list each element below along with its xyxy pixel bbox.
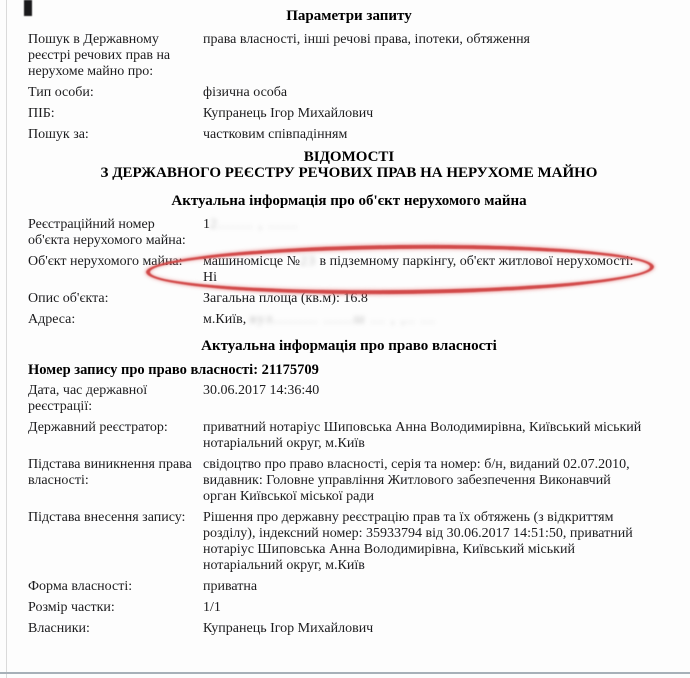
object-row-reg-number: Реєстраційний номер об'єкта нерухомого м… [28, 217, 670, 249]
ownership-row-origin-basis: Підстава виникнення права власності: сві… [28, 457, 670, 505]
field-value: приватна [203, 579, 643, 595]
field-value: 30.06.2017 14:36:40 [203, 383, 643, 415]
field-value: Купранець Ігор Михайлович [203, 106, 643, 122]
ownership-row-ownership-form: Форма власності: приватна [28, 579, 670, 595]
ownership-row-share-size: Розмір частки: 1/1 [28, 600, 670, 616]
field-value: машиномісце №23 в підземному паркінгу, о… [203, 254, 643, 286]
reg-number-redacted: 2....... , ...... [210, 217, 299, 232]
main-heading-line2: З ДЕРЖАВНОГО РЕЄСТРУ РЕЧОВИХ ПРАВ НА НЕР… [28, 165, 670, 181]
property-number-redacted: 23 [300, 254, 316, 269]
object-row-address: Адреса: м.Київ, вул......... ......ш ...… [28, 312, 670, 328]
main-heading: ВІДОМОСТІ З ДЕРЖАВНОГО РЕЄСТРУ РЕЧОВИХ П… [28, 149, 670, 181]
field-value: фізична особа [203, 85, 643, 101]
field-label: Адреса: [28, 312, 196, 328]
main-heading-line1: ВІДОМОСТІ [28, 149, 670, 165]
query-params-title: Параметри запиту [28, 8, 670, 24]
field-label: Тип особи: [28, 85, 196, 101]
field-label: Підстава виникнення права власності: [28, 457, 196, 505]
field-label: ПІБ: [28, 106, 196, 122]
ownership-row-owners: Власники: Купранець Ігор Михайлович [28, 621, 670, 637]
field-label: Форма власності: [28, 579, 196, 595]
field-label: Об'єкт нерухомого майна: [28, 254, 196, 286]
field-value: свідоцтво про право власності, серія та … [203, 457, 643, 505]
ownership-row-date: Дата, час державної реєстрації: 30.06.20… [28, 383, 670, 415]
field-value: Загальна площа (кв.м): 16.8 [203, 291, 643, 307]
property-text-1: машиномісце № [203, 254, 300, 269]
object-row-description: Опис об'єкта: Загальна площа (кв.м): 16.… [28, 291, 670, 307]
query-row-full-name: ПІБ: Купранець Ігор Михайлович [28, 106, 670, 122]
bottom-edge-rule [0, 672, 690, 674]
field-value: 1/1 [203, 600, 643, 616]
object-section-heading: Актуальна інформація про об'єкт нерухомо… [28, 193, 670, 209]
query-row-search-mode: Пошук за: частковим співпадінням [28, 127, 670, 143]
document-body: Параметри запиту Пошук в Державному реєс… [0, 0, 690, 637]
query-row-search-scope: Пошук в Державному реєстрі речових прав … [28, 32, 670, 80]
ownership-section-heading: Актуальна інформація про право власності [28, 338, 670, 354]
field-label: Власники: [28, 621, 196, 637]
register-extract-page: Параметри запиту Пошук в Державному реєс… [0, 0, 690, 678]
address-redacted: вул......... ......ш ... , ,.. ... [250, 312, 436, 327]
field-label: Реєстраційний номер об'єкта нерухомого м… [28, 217, 196, 249]
object-row-property: Об'єкт нерухомого майна: машиномісце №23… [28, 254, 670, 286]
field-value: приватний нотаріус Шиповська Анна Володи… [203, 420, 643, 452]
query-row-person-type: Тип особи: фізична особа [28, 85, 670, 101]
field-value: 12....... , ...... [203, 217, 643, 249]
field-value: частковим співпадінням [203, 127, 643, 143]
ownership-record-number: Номер запису про право власності: 211757… [28, 362, 670, 378]
field-label: Пошук за: [28, 127, 196, 143]
address-visible: м.Київ, [203, 312, 246, 327]
ownership-row-registrar: Державний реєстратор: приватний нотаріус… [28, 420, 670, 452]
field-value: Рішення про державну реєстрацію прав та … [203, 510, 643, 574]
field-label: Державний реєстратор: [28, 420, 196, 452]
field-value: м.Київ, вул......... ......ш ... , ,.. .… [203, 312, 643, 328]
ownership-row-entry-basis: Підстава внесення запису: Рішення про де… [28, 510, 670, 574]
field-label: Підстава внесення запису: [28, 510, 196, 574]
field-value: права власності, інші речові права, іпот… [203, 32, 643, 80]
field-value: Купранець Ігор Михайлович [203, 621, 643, 637]
reg-number-visible: 1 [203, 217, 210, 232]
field-label: Розмір частки: [28, 600, 196, 616]
field-label: Дата, час державної реєстрації: [28, 383, 196, 415]
field-label: Опис об'єкта: [28, 291, 196, 307]
field-label: Пошук в Державному реєстрі речових прав … [28, 32, 196, 80]
